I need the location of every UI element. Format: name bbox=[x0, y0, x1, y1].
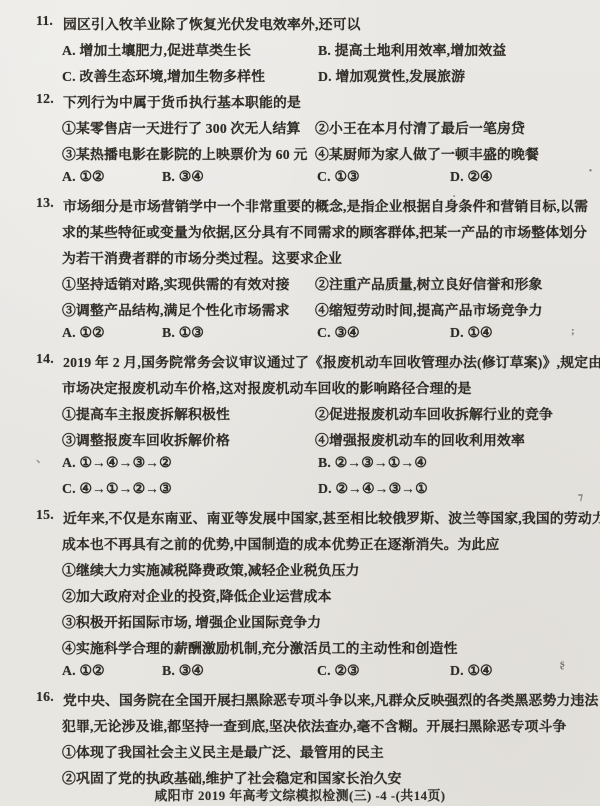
answer-choice: C. ②③ bbox=[317, 663, 360, 679]
option-item: ③调整报废车回收拆解价格 bbox=[62, 429, 230, 449]
option-item: ①体现了我国社会主义民主是最广泛、最管用的民主 bbox=[62, 741, 384, 761]
text-line: A. 增加土壤肥力,促进草类生长B. 提高土地利用效率,增加效益 bbox=[0, 39, 600, 65]
text-line: ①继续大力实施减税降费政策,减轻企业税负压力 bbox=[0, 559, 600, 585]
text-line: ③积极开拓国际市场, 增强企业国际竞争力 bbox=[0, 611, 600, 637]
option-item: ②促进报废机动车回收拆解行业的竞争 bbox=[315, 403, 553, 423]
question-stem-line: 成本也不再具有之前的优势,中国制造的成本优势正在逐渐消失。为此应 bbox=[62, 533, 500, 553]
question-13: 13.市场细分是市场营销学中一个非常重要的概念,是指企业根据自身条件和营销目标,… bbox=[0, 195, 600, 351]
option-item: ③调整产品结构,满足个性化市场需求 bbox=[62, 299, 290, 319]
answer-choice: B. ①③ bbox=[162, 325, 204, 341]
scan-artifact-mark: ʂ bbox=[560, 656, 565, 671]
answer-choice: C. ④→①→②→③ bbox=[62, 481, 172, 497]
scan-artifact-mark: ⁊ bbox=[578, 492, 583, 503]
option-item: ②巩固了党的执政基础,维护了社会稳定和国家长治久安 bbox=[62, 767, 402, 787]
scanned-exam-page: 11.园区引入牧羊业除了恢复光伏发电效率外,还可以A. 增加土壤肥力,促进草类生… bbox=[0, 0, 600, 806]
text-line: 求的某些特征或变量为依据,区分具有不同需求的顾客群体,把某一产品的市场整体划分 bbox=[0, 221, 600, 247]
question-number: 15. bbox=[36, 507, 54, 523]
answer-choice: B. 提高土地利用效率,增加效益 bbox=[318, 39, 506, 59]
option-item: ②小王在本月付清了最后一笔房贷 bbox=[315, 117, 525, 137]
question-stem-line: 党中央、国务院在全国开展扫黑除恶专项斗争以来,凡群众反映强烈的各类黑恶势力违法 bbox=[63, 689, 599, 709]
question-stem-line: 犯罪,无论涉及谁,都坚持一查到底,坚决依法查办,毫不含糊。开展扫黑除恶专项斗争 bbox=[62, 715, 567, 735]
question-11: 11.园区引入牧羊业除了恢复光伏发电效率外,还可以A. 增加土壤肥力,促进草类生… bbox=[0, 13, 600, 91]
text-line: ①某零售店一天进行了 300 次无人结算②小王在本月付清了最后一笔房贷 bbox=[0, 117, 600, 143]
option-item: ④缩短劳动时间,提高产品市场竞争力 bbox=[315, 299, 543, 319]
text-line: ④实施科学合理的薪酬激励机制,充分激活员工的主动性和创造性 bbox=[0, 637, 600, 663]
text-line: 14.2019 年 2 月,国务院常务会议审议通过了《报废机动车回收管理办法(修… bbox=[0, 351, 600, 377]
question-number: 14. bbox=[36, 351, 54, 367]
answer-choice: A. ①② bbox=[62, 169, 105, 185]
option-item: ④实施科学合理的薪酬激励机制,充分激活员工的主动性和创造性 bbox=[62, 637, 458, 657]
text-line: 犯罪,无论涉及谁,都坚持一查到底,坚决依法查办,毫不含糊。开展扫黑除恶专项斗争 bbox=[0, 715, 600, 741]
question-12: 12.下列行为中属于货币执行基本职能的是①某零售店一天进行了 300 次无人结算… bbox=[0, 91, 600, 195]
option-item: ④增强报废机动车的回收利用效率 bbox=[315, 429, 525, 449]
text-line: ①提高车主报废拆解积极性②促进报废机动车回收拆解行业的竞争 bbox=[0, 403, 600, 429]
text-line: 为若干消费者群的市场分类过程。这要求企业 bbox=[0, 247, 600, 273]
answer-choice: C. ①③ bbox=[317, 169, 360, 185]
answer-choice: B. ③④ bbox=[162, 169, 204, 185]
question-stem-line: 近年来,不仅是东南亚、南亚等发展中国家,甚至相比较俄罗斯、波兰等国家,我国的劳动… bbox=[63, 507, 600, 527]
option-item: ①提高车主报废拆解积极性 bbox=[62, 403, 230, 423]
question-stem-line: 求的某些特征或变量为依据,区分具有不同需求的顾客群体,把某一产品的市场整体划分 bbox=[62, 221, 587, 241]
question-16: 16.党中央、国务院在全国开展扫黑除恶专项斗争以来,凡群众反映强烈的各类黑恶势力… bbox=[0, 689, 600, 793]
question-stem-line: 市场细分是市场营销学中一个非常重要的概念,是指企业根据自身条件和营销目标,以需 bbox=[63, 195, 588, 215]
page-footer: 咸阳市 2019 年高考文综模拟检测(三) -4 -(共14页) bbox=[0, 785, 600, 804]
question-stem-line: 为若干消费者群的市场分类过程。这要求企业 bbox=[62, 247, 342, 267]
option-item: ②加大政府对企业的投资,降低企业运营成本 bbox=[62, 585, 332, 605]
answer-choice: C. 改善生态环境,增加生物多样性 bbox=[62, 65, 265, 85]
question-number: 12. bbox=[36, 91, 54, 107]
option-item: ①坚持适销对路,实现供需的有效对接 bbox=[62, 273, 290, 293]
text-line: ①体现了我国社会主义民主是最广泛、最管用的民主 bbox=[0, 741, 600, 767]
text-line: ②加大政府对企业的投资,降低企业运营成本 bbox=[0, 585, 600, 611]
option-item: ③某热播电影在影院的上映票价为 60 元 bbox=[62, 143, 307, 163]
question-15: 15.近年来,不仅是东南亚、南亚等发展中国家,甚至相比较俄罗斯、波兰等国家,我国… bbox=[0, 507, 600, 689]
scan-artifact-mark: · bbox=[452, 188, 456, 204]
answer-choice: D. ①④ bbox=[450, 663, 493, 679]
question-number: 16. bbox=[36, 689, 54, 705]
answer-choice: B. ③④ bbox=[162, 663, 204, 679]
text-line: 13.市场细分是市场营销学中一个非常重要的概念,是指企业根据自身条件和营销目标,… bbox=[0, 195, 600, 221]
text-line: ③调整产品结构,满足个性化市场需求④缩短劳动时间,提高产品市场竞争力 bbox=[0, 299, 600, 325]
option-item: ①继续大力实施减税降费政策,减轻企业税负压力 bbox=[62, 559, 360, 579]
question-number: 13. bbox=[36, 195, 54, 211]
scan-artifact-mark: · bbox=[588, 163, 593, 180]
option-item: ②注重产品质量,树立良好信誉和形象 bbox=[315, 273, 543, 293]
text-line: C. ④→①→②→③D. ②→④→③→① bbox=[0, 481, 600, 507]
text-line: ③调整报废车回收拆解价格④增强报废机动车的回收利用效率 bbox=[0, 429, 600, 455]
answer-choice: A. ①→④→③→② bbox=[62, 455, 172, 471]
question-stem-line: 2019 年 2 月,国务院常务会议审议通过了《报废机动车回收管理办法(修订草案… bbox=[63, 351, 600, 371]
text-line: A. ①②B. ①③C. ③④D. ①④ bbox=[0, 325, 600, 351]
text-line: 16.党中央、国务院在全国开展扫黑除恶专项斗争以来,凡群众反映强烈的各类黑恶势力… bbox=[0, 689, 600, 715]
scan-artifact-mark: ; bbox=[571, 325, 575, 337]
answer-choice: D. ②④ bbox=[450, 169, 493, 185]
text-line: A. ①②B. ③④C. ①③D. ②④ bbox=[0, 169, 600, 195]
answer-choice: D. ①④ bbox=[450, 325, 493, 341]
option-item: ③积极开拓国际市场, 增强企业国际竞争力 bbox=[62, 611, 321, 631]
question-list: 11.园区引入牧羊业除了恢复光伏发电效率外,还可以A. 增加土壤肥力,促进草类生… bbox=[0, 13, 600, 793]
question-stem-line: 市场决定报废机动车价格,这对报废机动车回收的影响路径合理的是 bbox=[62, 377, 472, 397]
answer-choice: B. ②→③→①→④ bbox=[318, 455, 427, 471]
option-item: ④某厨师为家人做了一顿丰盛的晚餐 bbox=[315, 143, 539, 163]
answer-choice: A. ①② bbox=[62, 663, 105, 679]
answer-choice: A. 增加土壤肥力,促进草类生长 bbox=[62, 39, 251, 59]
answer-choice: A. ①② bbox=[62, 325, 105, 341]
text-line: 15.近年来,不仅是东南亚、南亚等发展中国家,甚至相比较俄罗斯、波兰等国家,我国… bbox=[0, 507, 600, 533]
text-line: ①坚持适销对路,实现供需的有效对接②注重产品质量,树立良好信誉和形象 bbox=[0, 273, 600, 299]
question-stem-line: 下列行为中属于货币执行基本职能的是 bbox=[63, 91, 301, 111]
text-line: C. 改善生态环境,增加生物多样性D. 增加观赏性,发展旅游 bbox=[0, 65, 600, 91]
text-line: A. ①②B. ③④C. ②③D. ①④ bbox=[0, 663, 600, 689]
text-line: A. ①→④→③→②B. ②→③→①→④ bbox=[0, 455, 600, 481]
answer-choice: C. ③④ bbox=[317, 325, 360, 341]
text-line: 12.下列行为中属于货币执行基本职能的是 bbox=[0, 91, 600, 117]
text-line: 成本也不再具有之前的优势,中国制造的成本优势正在逐渐消失。为此应 bbox=[0, 533, 600, 559]
question-stem-line: 园区引入牧羊业除了恢复光伏发电效率外,还可以 bbox=[63, 13, 361, 33]
text-line: 11.园区引入牧羊业除了恢复光伏发电效率外,还可以 bbox=[0, 13, 600, 39]
text-line: 市场决定报废机动车价格,这对报废机动车回收的影响路径合理的是 bbox=[0, 377, 600, 403]
question-number: 11. bbox=[36, 13, 53, 29]
option-item: ①某零售店一天进行了 300 次无人结算 bbox=[62, 117, 301, 137]
scan-artifact-mark: 、 bbox=[36, 449, 48, 466]
answer-choice: D. ②→④→③→① bbox=[318, 481, 428, 497]
answer-choice: D. 增加观赏性,发展旅游 bbox=[318, 65, 465, 85]
question-14: 14.2019 年 2 月,国务院常务会议审议通过了《报废机动车回收管理办法(修… bbox=[0, 351, 600, 507]
text-line: ③某热播电影在影院的上映票价为 60 元④某厨师为家人做了一顿丰盛的晚餐 bbox=[0, 143, 600, 169]
